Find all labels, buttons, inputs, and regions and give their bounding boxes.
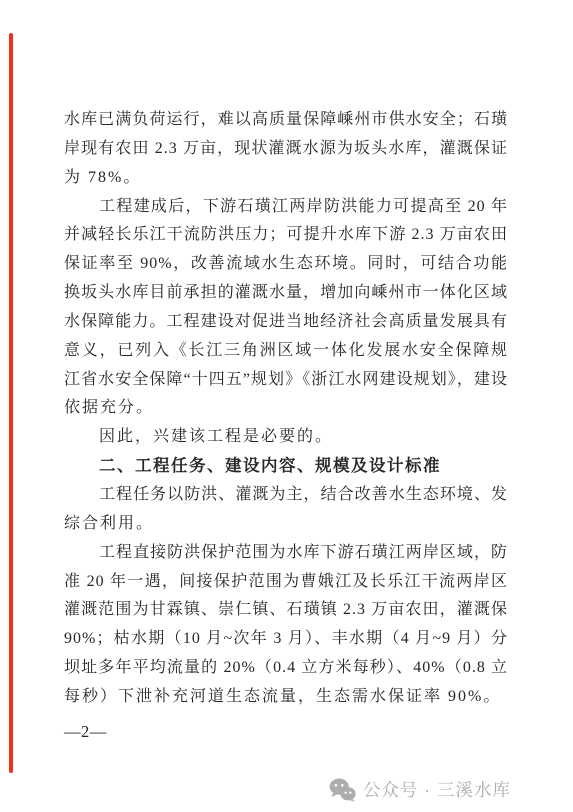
text-line: 江省水安全保障“十四五”规划》《浙江水网建设规划》，建设规划 — [64, 366, 508, 395]
text-line: 依据充分。 — [64, 394, 508, 423]
text-line: 水保障能力。工程建设对促进当地经济社会高质量发展具有重要 — [64, 308, 508, 337]
document-page: 水库已满负荷运行，难以高质量保障嵊州市供水安全；石璜江两岸现有农田 2.3 万亩… — [0, 0, 573, 812]
watermark: 公众号 · 三溪水库 — [329, 777, 511, 802]
document-body: 水库已满负荷运行，难以高质量保障嵊州市供水安全；石璜江两岸现有农田 2.3 万亩… — [64, 106, 508, 712]
text-line: 意义，已列入《长江三角洲区域一体化发展水安全保障规划》《浙 — [64, 337, 508, 366]
text-line: 准 20 年一遇，间接保护范围为曹娥江及长乐江干流两岸区域； — [64, 568, 508, 597]
text-line: 工程任务以防洪、灌溉为主，结合改善水生态环境、发电等 — [64, 481, 508, 510]
text-line: 工程建成后，下游石璜江两岸防洪能力可提高至 20 年一遇， — [64, 193, 508, 222]
text-line: 灌溉范围为甘霖镇、崇仁镇、石璜镇 2.3 万亩农田，灌溉保证率 — [64, 596, 508, 625]
text-line: 并减轻长乐江干流防洪压力；可提升水库下游 2.3 万亩农田灌溉 — [64, 221, 508, 250]
text-line: 因此，兴建该工程是必要的。 — [64, 423, 508, 452]
text-line: 工程直接防洪保护范围为水库下游石璜江两岸区域，防洪标 — [64, 539, 508, 568]
text-line: 二、工程任务、建设内容、规模及设计标准 — [64, 452, 508, 481]
wechat-icon — [329, 778, 356, 802]
text-line: 为 78%。 — [64, 164, 508, 193]
text-line: 换坂头水库目前承担的灌溉水量，增加向嵊州市一体化区域的供 — [64, 279, 508, 308]
text-line: 坝址多年平均流量的 20%（0.4 立方米每秒）、40%（0.8 立方米 — [64, 654, 508, 683]
text-line: 岸现有农田 2.3 万亩，现状灌溉水源为坂头水库，灌溉保证率仅 — [64, 135, 508, 164]
text-line: 综合利用。 — [64, 510, 508, 539]
text-line: 水库已满负荷运行，难以高质量保障嵊州市供水安全；石璜江两 — [64, 106, 508, 135]
watermark-label: 公众号 · 三溪水库 — [363, 777, 511, 802]
page-number: —2— — [64, 722, 107, 742]
text-line: 90%；枯水期（10 月~次年 3 月）、丰水期（4 月~9 月）分别按照 — [64, 625, 508, 654]
text-line: 每秒）下泄补充河道生态流量，生态需水保证率 90%。 — [64, 683, 508, 712]
text-line: 保证率至 90%，改善流域水生态环境。同时，可结合功能调整置 — [64, 250, 508, 279]
red-margin-line — [9, 33, 13, 773]
